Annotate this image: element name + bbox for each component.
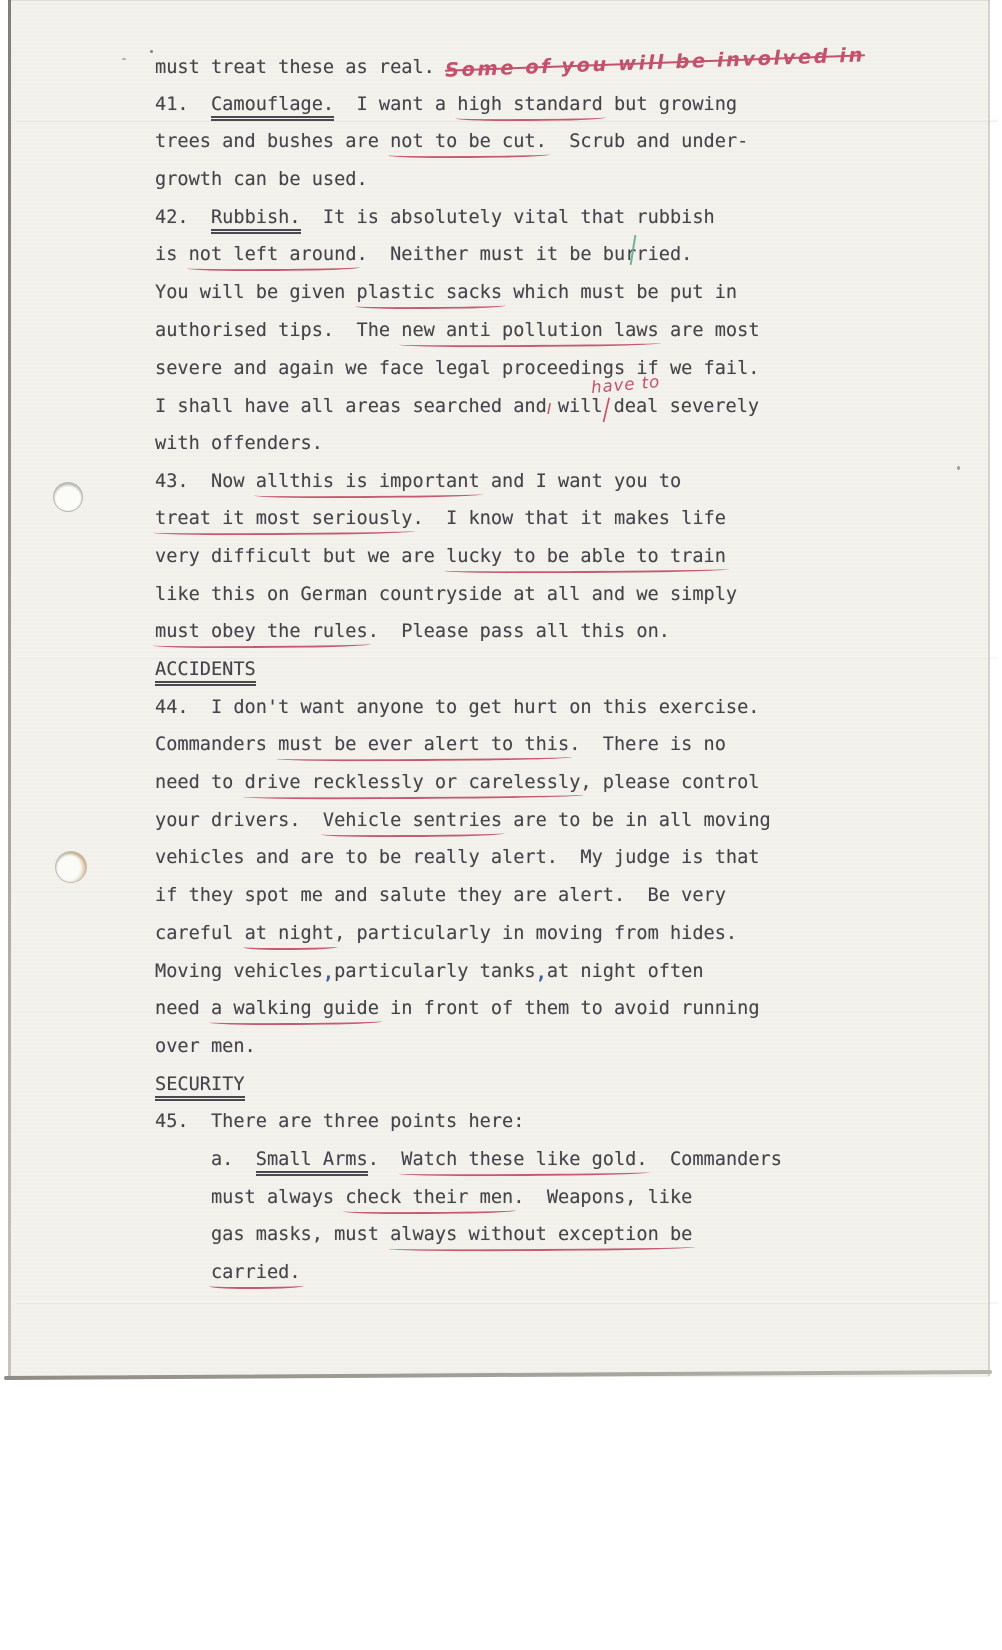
document-line: need a walking guide in front of them to… xyxy=(155,990,955,1028)
document-line: over men. xyxy=(155,1028,955,1066)
document-line: if they spot me and salute they are aler… xyxy=(155,877,955,915)
document-line: vehicles and are to be really alert. My … xyxy=(155,839,955,877)
text-segment: . Please pass all this on. xyxy=(368,621,670,642)
section-heading: ACCIDENTS xyxy=(155,659,256,686)
text-segment: in front of them to avoid running xyxy=(379,998,760,1019)
document-line: your drivers. Vehicle sentries are to be… xyxy=(155,802,955,840)
typed-underlined-title: Rubbish. xyxy=(211,207,301,234)
document-line: 43. Now allthis is important and I want … xyxy=(155,463,955,501)
document-line: 41. Camouflage. I want a high standard b… xyxy=(155,86,955,124)
red-underlined-text: not to be cut. xyxy=(390,131,547,152)
document-line: is not left around. Neither must it be b… xyxy=(155,236,955,274)
paragraph-number: 42. xyxy=(155,207,211,228)
text-segment: authorised tips. The xyxy=(155,320,401,341)
red-underlined-text: high standard xyxy=(457,94,603,115)
text-segment: like this on German countryside at all a… xyxy=(155,584,737,605)
document-line: must treat these as real.Some of you wil… xyxy=(155,48,955,86)
document-line: severe and again we face legal proceedin… xyxy=(155,350,955,388)
text-segment: , please control xyxy=(580,772,759,793)
typed-underlined-title: Small Arms xyxy=(256,1149,368,1176)
document-line: must obey the rules. Please pass all thi… xyxy=(155,613,955,651)
text-segment: I shall have all areas searched and xyxy=(155,396,547,417)
document-line: ACCIDENTS xyxy=(155,651,955,689)
text-segment: vehicles and are to be really alert. My … xyxy=(155,847,760,868)
text-segment: . xyxy=(368,1149,402,1170)
text-segment: Commanders xyxy=(155,734,278,755)
text-segment: It is absolutely vital that rubbish xyxy=(301,207,715,228)
text-segment: need xyxy=(155,998,211,1019)
text-segment xyxy=(155,1262,211,1283)
red-underlined-text: lucky to be able to train xyxy=(446,546,726,567)
document-line: 45. There are three points here: xyxy=(155,1103,955,1141)
text-segment: . Neither must it be bur xyxy=(357,244,637,265)
text-segment: and I want you to xyxy=(480,471,682,492)
text-segment: are most xyxy=(659,320,760,341)
red-underlined-text: carried. xyxy=(211,1262,301,1283)
document-line: You will be given plastic sacks which mu… xyxy=(155,274,955,312)
typed-underlined-title: Camouflage. xyxy=(211,94,334,121)
red-underlined-text: Vehicle sentries xyxy=(323,810,502,831)
text-segment: must always xyxy=(155,1187,345,1208)
red-underlined-text: Watch these like gold. xyxy=(401,1149,647,1170)
document-line: very difficult but we are lucky to be ab… xyxy=(155,538,955,576)
paragraph-number: 43. Now xyxy=(155,471,256,492)
red-underlined-text: always without exception be xyxy=(390,1224,692,1245)
paragraph-number: 41. xyxy=(155,94,211,115)
text-segment: Moving vehicles xyxy=(155,961,323,982)
text-segment: You will be given xyxy=(155,282,357,303)
text-segment: . There is no xyxy=(569,734,726,755)
document-line: I shall have all areas searched andIwill… xyxy=(155,387,955,425)
scanned-document: must treat these as real.Some of you wil… xyxy=(0,0,1002,1650)
text-segment: . Weapons, like xyxy=(513,1187,692,1208)
document-line: must always check their men. Weapons, li… xyxy=(155,1179,955,1217)
text-segment: must treat these as real. xyxy=(155,57,435,78)
red-underlined-text: drive recklessly or carelessly xyxy=(245,772,581,793)
document-line: treat it most seriously. I know that it … xyxy=(155,500,955,538)
text-segment: if they spot me and salute they are aler… xyxy=(155,885,726,906)
document-line: a. Small Arms. Watch these like gold. Co… xyxy=(155,1141,955,1179)
typewritten-text-block: must treat these as real.Some of you wil… xyxy=(155,48,955,1292)
handwritten-comma: , xyxy=(536,963,547,984)
document-line: careful at night, particularly in moving… xyxy=(155,915,955,953)
document-line: with offenders. xyxy=(155,425,955,463)
text-segment: Commanders xyxy=(648,1149,782,1170)
text-segment: at night often xyxy=(547,961,704,982)
section-heading: SECURITY xyxy=(155,1074,245,1101)
red-underlined-text: new anti pollution laws xyxy=(401,320,658,341)
document-line: trees and bushes are not to be cut. Scru… xyxy=(155,123,955,161)
text-segment: 44. I don't want anyone to get hurt on t… xyxy=(155,697,760,718)
text-segment: with offenders. xyxy=(155,433,323,454)
document-line: 44. I don't want anyone to get hurt on t… xyxy=(155,689,955,727)
text-segment: very difficult but we are xyxy=(155,546,446,567)
handwritten-insert-i: I xyxy=(547,391,558,429)
text-segment: trees and bushes are xyxy=(155,131,390,152)
document-line: gas masks, must always without exception… xyxy=(155,1216,955,1254)
paper-right-edge xyxy=(988,0,990,1376)
handwritten-insert-have-to: have to xyxy=(589,363,661,407)
red-underlined-text: treat it most seriously xyxy=(155,508,412,529)
document-line: need to drive recklessly or carelessly, … xyxy=(155,764,955,802)
red-underlined-text: must obey the rules xyxy=(155,621,368,642)
document-line: Commanders must be ever alert to this. T… xyxy=(155,726,955,764)
red-underlined-text: a walking guide xyxy=(211,998,379,1019)
text-segment: careful xyxy=(155,923,245,944)
document-line: SECURITY xyxy=(155,1066,955,1104)
red-underlined-text: check their men xyxy=(345,1187,513,1208)
text-segment: I want a xyxy=(334,94,457,115)
paper-crease xyxy=(16,1301,998,1304)
text-segment: , particularly in moving from hides. xyxy=(334,923,737,944)
text-segment: Scrub and under- xyxy=(547,131,749,152)
paper-speck xyxy=(150,50,153,53)
text-segment: ried. xyxy=(636,244,692,265)
text-segment: growth can be used. xyxy=(155,169,368,190)
text-segment: 45. There are three points here: xyxy=(155,1111,524,1132)
punch-hole xyxy=(54,483,82,511)
text-segment: but growing xyxy=(603,94,737,115)
text-segment: gas masks, must xyxy=(155,1224,390,1245)
document-line: growth can be used. xyxy=(155,161,955,199)
red-underlined-text: not left around xyxy=(189,244,357,265)
text-segment: is xyxy=(155,244,189,265)
text-segment: over men. xyxy=(155,1036,256,1057)
text-segment: need to xyxy=(155,772,245,793)
text-segment: . I know that it makes life xyxy=(412,508,725,529)
text-segment: are to be in all moving xyxy=(502,810,771,831)
text-segment: particularly tanks xyxy=(334,961,536,982)
document-line: like this on German countryside at all a… xyxy=(155,576,955,614)
text-segment: which must be put in xyxy=(502,282,737,303)
document-line: 42. Rubbish. It is absolutely vital that… xyxy=(155,199,955,237)
punch-hole xyxy=(56,852,86,882)
text-segment: severe and again we face legal proceedin… xyxy=(155,358,760,379)
list-marker: a. xyxy=(155,1149,256,1170)
paper-speck xyxy=(957,466,960,470)
document-line: carried. xyxy=(155,1254,955,1292)
handwritten-comma: , xyxy=(323,963,334,984)
red-underlined-text: plastic sacks xyxy=(357,282,503,303)
document-line: Moving vehicles,particularly tanks,at ni… xyxy=(155,953,955,991)
paper-left-edge xyxy=(8,0,11,1376)
red-underlined-text: at night xyxy=(245,923,335,944)
red-underlined-text: allthis is important xyxy=(256,471,480,492)
document-line: authorised tips. The new anti pollution … xyxy=(155,312,955,350)
paper-speck xyxy=(122,58,126,60)
red-underlined-text: must be ever alert to this xyxy=(278,734,569,755)
text-segment: your drivers. xyxy=(155,810,323,831)
